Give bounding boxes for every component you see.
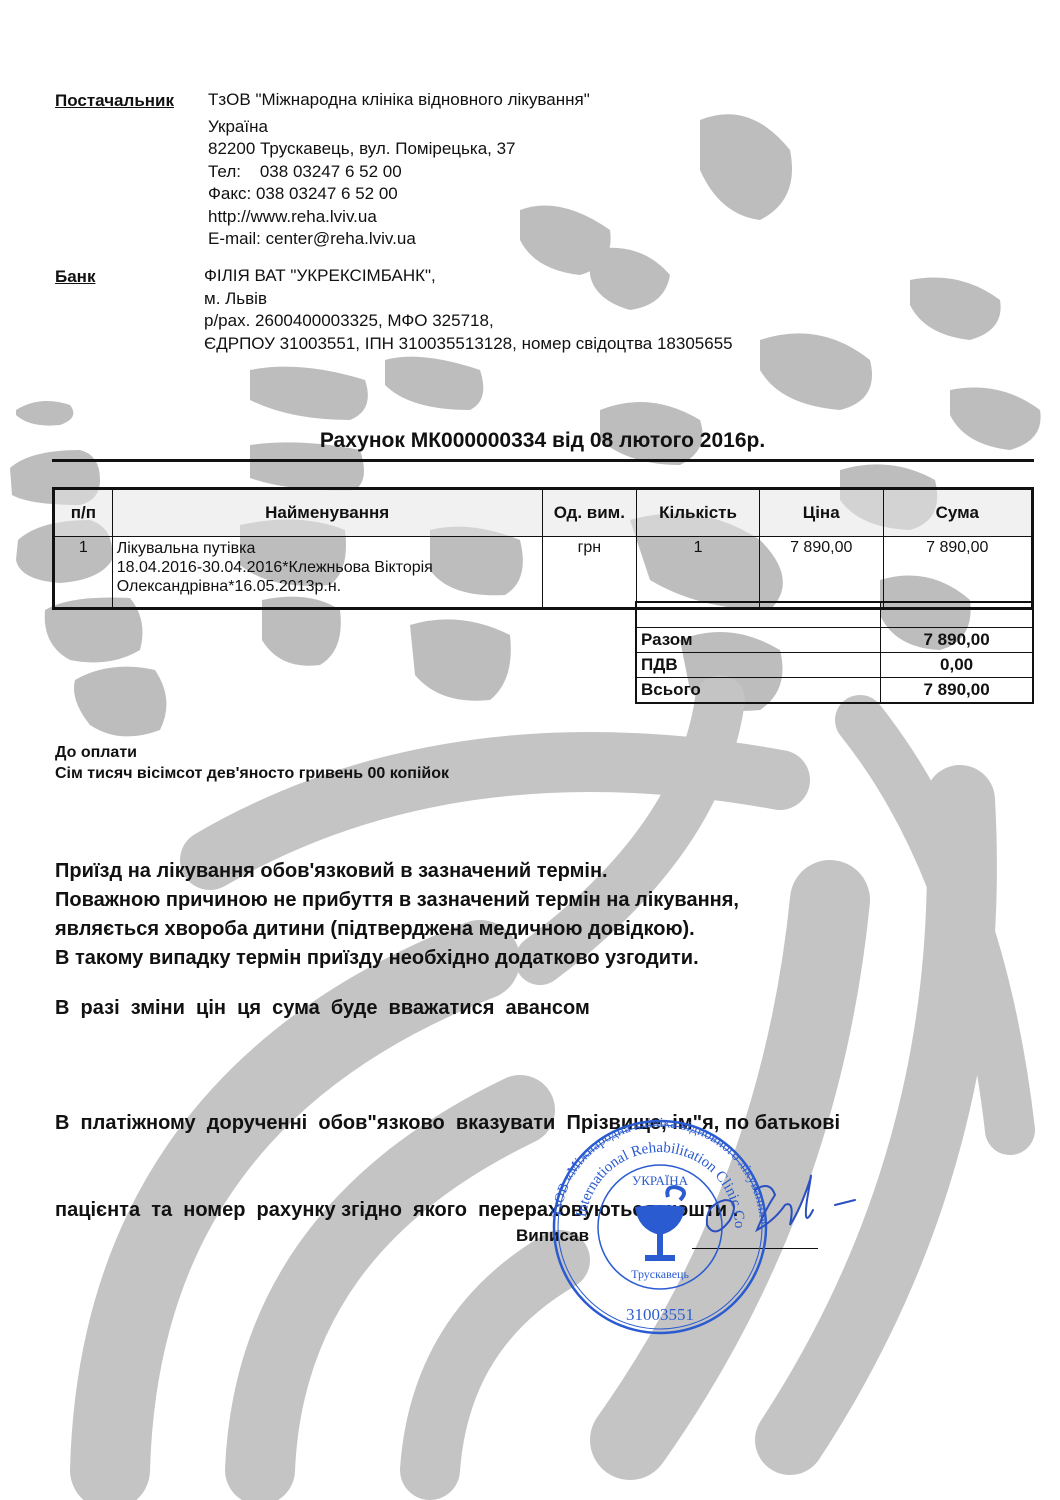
supplier-fax: Факс: 038 03247 6 52 00: [208, 183, 590, 206]
supplier-phone: Тел: 038 03247 6 52 00: [208, 161, 590, 184]
supplier-label: Постачальник: [55, 91, 174, 111]
note-line-3: являється хвороба дитини (підтверджена м…: [55, 915, 739, 944]
payment-amount-words: Сім тисяч вісімсот дев'яносто гривень 00…: [55, 763, 449, 784]
col-header-sum: Сума: [883, 489, 1032, 537]
total-label: Всього: [636, 678, 881, 704]
supplier-name: ТзОВ "Міжнародна клініка відновного ліку…: [208, 89, 590, 112]
bank-account: р/рах. 2600400003325, МФО 325718,: [204, 310, 733, 333]
row-name: Лікувальна путівка 18.04.2016-30.04.2016…: [112, 537, 542, 609]
col-header-qty: Кількість: [637, 489, 760, 537]
note-line-4: В такому випадку термін приїзду необхідн…: [55, 944, 739, 973]
col-header-price: Ціна: [759, 489, 883, 537]
totals-spacer-row: [636, 602, 1033, 628]
table-row: 1 Лікувальна путівка 18.04.2016-30.04.20…: [54, 537, 1033, 609]
advance-note: В разі зміни цін ця сума буде вважатися …: [55, 994, 590, 1023]
supplier-country: Україна: [208, 116, 590, 139]
payment-due: До оплати Сім тисяч вісімсот дев'яносто …: [55, 742, 449, 784]
supplier-website: http://www.reha.lviv.ua: [208, 206, 590, 229]
svg-text:31003551: 31003551: [626, 1305, 694, 1324]
handwritten-signature-icon: [695, 1160, 865, 1250]
bank-info: ФІЛІЯ ВАТ "УКРЕКСІМБАНК", м. Львів р/рах…: [204, 265, 733, 355]
payment-label: До оплати: [55, 742, 449, 763]
bank-ids: ЄДРПОУ 31003551, ІПН 310035513128, номер…: [204, 333, 733, 356]
row-sum: 7 890,00: [883, 537, 1032, 609]
note-line-2: Поважною причиною не прибуття в зазначен…: [55, 886, 739, 915]
bank-label: Банк: [55, 267, 95, 287]
items-table: п/п Найменування Од. вим. Кількість Ціна…: [52, 487, 1034, 610]
row-name-line1: Лікувальна путівка: [117, 539, 538, 558]
row-price: 7 890,00: [759, 537, 883, 609]
row-qty: 1: [637, 537, 760, 609]
note-line-1: Приїзд на лікування обов'язковий в зазна…: [55, 857, 739, 886]
row-name-line3: Олександрівна*16.05.2013р.н.: [117, 577, 538, 596]
total-value: 7 890,00: [881, 678, 1033, 704]
totals-total-row: Всього 7 890,00: [636, 678, 1033, 704]
bank-name: ФІЛІЯ ВАТ "УКРЕКСІМБАНК",: [204, 265, 733, 288]
table-header-row: п/п Найменування Од. вим. Кількість Ціна…: [54, 489, 1033, 537]
totals-table: Разом 7 890,00 ПДВ 0,00 Всього 7 890,00: [635, 601, 1034, 704]
svg-text:УКРАЇНА: УКРАЇНА: [632, 1173, 689, 1188]
supplier-address: 82200 Трускавець, вул. Помірецька, 37: [208, 138, 590, 161]
vat-label: ПДВ: [636, 653, 881, 678]
col-header-unit: Од. вим.: [542, 489, 637, 537]
totals-subtotal-row: Разом 7 890,00: [636, 628, 1033, 653]
svg-text:Трускавець: Трускавець: [631, 1267, 689, 1281]
supplier-email: E-mail: center@reha.lviv.ua: [208, 228, 590, 251]
subtotal-value: 7 890,00: [881, 628, 1033, 653]
totals-vat-row: ПДВ 0,00: [636, 653, 1033, 678]
col-header-name: Найменування: [112, 489, 542, 537]
row-unit: грн: [542, 537, 637, 609]
row-num: 1: [54, 537, 113, 609]
arrival-notes: Приїзд на лікування обов'язковий в зазна…: [55, 857, 739, 973]
subtotal-label: Разом: [636, 628, 881, 653]
invoice-title: Рахунок МК000000334 від 08 лютого 2016р.: [0, 429, 1060, 453]
supplier-info: ТзОВ "Міжнародна клініка відновного ліку…: [208, 89, 590, 251]
row-name-line2: 18.04.2016-30.04.2016*Клежньова Вікторія: [117, 558, 538, 577]
bank-city: м. Львів: [204, 288, 733, 311]
vat-value: 0,00: [881, 653, 1033, 678]
col-header-num: п/п: [54, 489, 113, 537]
title-divider: [52, 459, 1034, 462]
